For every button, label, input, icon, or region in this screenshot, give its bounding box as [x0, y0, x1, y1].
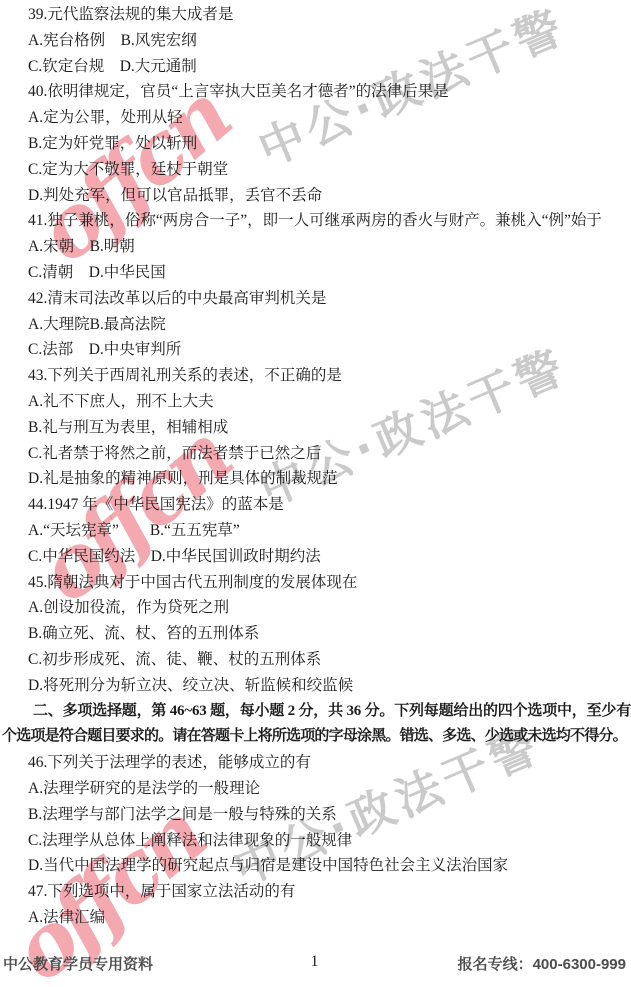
exam-body: 39.元代监察法规的集大成者是 A.宪台格例 B.风宪宏纲 C.钦定台规 D.大…: [0, 0, 631, 931]
q46-stem: 46.下列关于法理学的表述，能够成立的有: [0, 750, 631, 776]
q44-opts-ab: A.“天坛宪章” B.“五五宪草”: [0, 518, 631, 544]
q42-stem: 42.清末司法改革以后的中央最高审判机关是: [0, 286, 631, 312]
q42-opts-ab: A.大理院B.最高法院: [0, 312, 631, 338]
q46-opt-a: A.法理学研究的是法学的一般理论: [0, 776, 631, 802]
q43-opt-a: A.礼不下庶人，刑不上大夫: [0, 389, 631, 415]
q46-opt-d: D.当代中国法理学的研究起点与归宿是建设中国特色社会主义法治国家: [0, 853, 631, 879]
section2-intro-line2: 个选项是符合题目要求的。请在答题卡上将所选项的字母涂黑。错选、多选、少选或未选均…: [0, 724, 631, 750]
q40-stem: 40.依明律规定，官员“上言宰执大臣美名才德者”的法律后果是: [0, 79, 631, 105]
q45-opt-a: A.创设加役流，作为贷死之刑: [0, 595, 631, 621]
q45-opt-b: B.确立死、流、杖、笞的五刑体系: [0, 621, 631, 647]
q39-opts-cd: C.钦定台规 D.大元通制: [0, 54, 631, 80]
q40-opt-c: C.定为大不敬罪，廷杖于朝堂: [0, 157, 631, 183]
q41-opts-ab: A.宋朝 B.明朝: [0, 234, 631, 260]
q41-opts-cd: C.清朝 D.中华民国: [0, 260, 631, 286]
q46-opt-b: B.法理学与部门法学之间是一般与特殊的关系: [0, 802, 631, 828]
q39-stem: 39.元代监察法规的集大成者是: [0, 2, 631, 28]
page-footer: 中公教育学员专用资料 1 报名专线：400-6300-999: [3, 953, 626, 977]
section2-intro-line1: 二、多项选择题，第 46~63 题，每小题 2 分，共 36 分。下列每题给出的…: [0, 699, 631, 725]
q43-stem: 43.下列关于西周礼刑关系的表述，不正确的是: [0, 363, 631, 389]
q45-opt-c: C.初步形成死、流、徒、鞭、杖的五刑体系: [0, 647, 631, 673]
q41-stem: 41.独子兼桃，俗称“两房合一子”，即一人可继承两房的香火与财产。兼桃入“例”始…: [0, 208, 631, 234]
q43-opt-b: B.礼与刑互为表里，相辅相成: [0, 415, 631, 441]
q46-opt-c: C.法理学从总体上阐释法和法律现象的一般规律: [0, 828, 631, 854]
exam-page: offcn 中公·政法干警 offcn 中公·政法干警 offcn 中公·政法干…: [0, 0, 631, 987]
q47-stem: 47.下列选项中，属于国家立法活动的有: [0, 879, 631, 905]
q40-opt-a: A.定为公罪，处刑从轻: [0, 105, 631, 131]
q42-opts-cd: C.法部 D.中央审判所: [0, 337, 631, 363]
q39-opts-ab: A.宪台格例 B.风宪宏纲: [0, 28, 631, 54]
q44-opts-cd: C.中华民国约法 D.中华民国训政时期约法: [0, 544, 631, 570]
q43-opt-d: D.礼是抽象的精神原则，刑是具体的制裁规范: [0, 466, 631, 492]
q45-opt-d: D.将死刑分为斩立决、绞立决、斩监候和绞监候: [0, 673, 631, 699]
q45-stem: 45.隋朝法典对于中国古代五刑制度的发展体现在: [0, 570, 631, 596]
q43-opt-c: C.礼者禁于将然之前，而法者禁于已然之后: [0, 441, 631, 467]
q44-stem: 44.1947 年《中华民国宪法》的蓝本是: [0, 492, 631, 518]
q40-opt-d: D.判处充军，但可以官品抵罪，丢官不丢命: [0, 183, 631, 209]
footer-hotline: 报名专线：400-6300-999: [458, 953, 626, 974]
q47-opt-a: A.法律汇编: [0, 905, 631, 931]
q40-opt-b: B.定为奸党罪，处以斩刑: [0, 131, 631, 157]
